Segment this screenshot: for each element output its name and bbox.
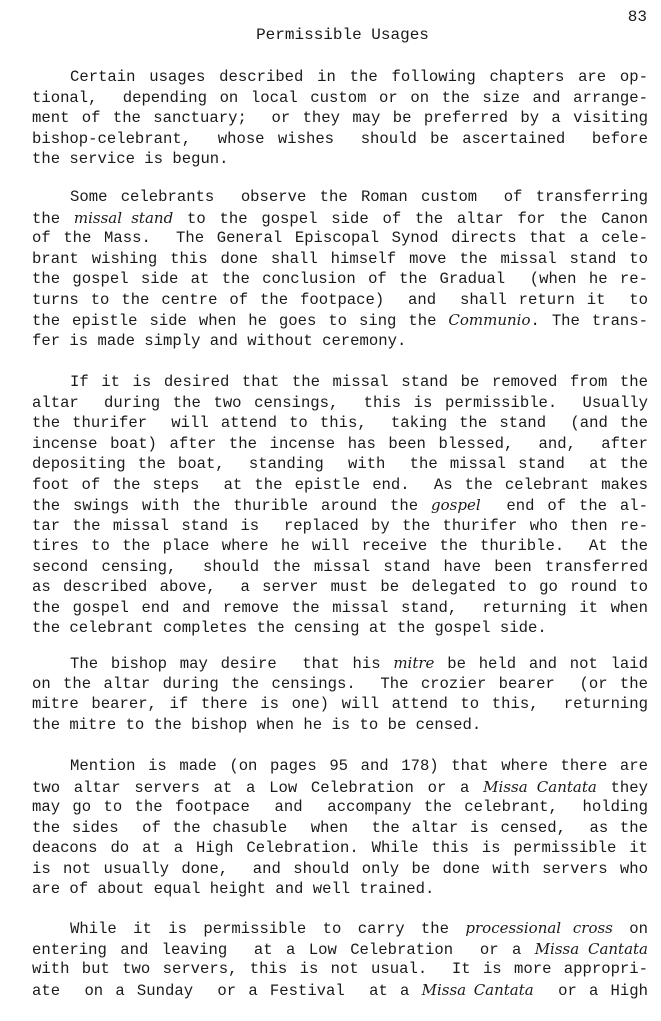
text-line: the service is begun.: [32, 149, 648, 170]
text-line: as described above, a server must be del…: [32, 577, 648, 598]
text-line: While it is permissible to carry the pro…: [32, 918, 648, 939]
text-line: second censing, should the missal stand …: [32, 557, 648, 578]
page-number: 83: [628, 8, 647, 26]
text-line: fer is made simply and without ceremony.: [32, 331, 648, 352]
text-line: tar the missal stand is replaced by the …: [32, 516, 648, 537]
text-line: the epistle side when he goes to sing th…: [32, 310, 648, 331]
paragraph-4: The bishop may desire that his mitre be …: [32, 653, 648, 735]
text-line: foot of the steps at the epistle end. As…: [32, 475, 648, 496]
text-line: the thurifer will attend to this, taking…: [32, 413, 648, 434]
text-line: altar during the two censings, this is p…: [32, 393, 648, 414]
emphasis: Communio: [448, 311, 530, 329]
emphasis: missal stand: [74, 209, 173, 227]
text-line: entering and leaving at a Low Celebratio…: [32, 939, 648, 960]
emphasis: mitre: [393, 654, 434, 672]
text-line: mitre bearer, if there is one) will atte…: [32, 694, 648, 715]
text-line: tional, depending on local custom or on …: [32, 88, 648, 109]
text-line: is not usually done, and should only be …: [32, 859, 648, 880]
emphasis: Missa Cantata: [422, 981, 534, 999]
paragraph-5: Mention is made (on pages 95 and 178) th…: [32, 756, 648, 900]
page-title: Permissible Usages: [0, 26, 661, 44]
text-line: bishop-celebrant, whose wishes should be…: [32, 129, 648, 150]
text-line: on the altar during the censings. The cr…: [32, 674, 648, 695]
text-line: turns to the centre of the footpace) and…: [32, 290, 648, 311]
text-line: may go to the footpace and accompany the…: [32, 797, 648, 818]
text-line: incense boat) after the incense has been…: [32, 434, 648, 455]
text-line: brant wishing this done shall himself mo…: [32, 249, 648, 270]
text-line: of the Mass. The General Episcopal Synod…: [32, 228, 648, 249]
text-line: ment of the sanctuary; or they may be pr…: [32, 108, 648, 129]
paragraph-3: If it is desired that the missal stand b…: [32, 372, 648, 639]
text-line: the mitre to the bishop when he is to be…: [32, 715, 648, 736]
paragraph-1: Certain usages described in the followin…: [32, 67, 648, 170]
paragraph-6: While it is permissible to carry the pro…: [32, 918, 648, 1000]
text-line: tires to the place where he will receive…: [32, 536, 648, 557]
text-line: If it is desired that the missal stand b…: [32, 372, 648, 393]
text-line: ate on a Sunday or a Festival at a Missa…: [32, 980, 648, 1001]
text-line: deacons do at a High Celebration. While …: [32, 838, 648, 859]
text-line: depositing the boat, standing with the m…: [32, 454, 648, 475]
text-line: the celebrant completes the censing at t…: [32, 618, 648, 639]
text-line: two altar servers at a Low Celebration o…: [32, 777, 648, 798]
emphasis: gospel: [431, 496, 481, 514]
text-line: The bishop may desire that his mitre be …: [32, 653, 648, 674]
text-line: the missal stand to the gospel side of t…: [32, 208, 648, 229]
text-line: Some celebrants observe the Roman custom…: [32, 187, 648, 208]
text-line: the swings with the thurible around the …: [32, 495, 648, 516]
text-line: Mention is made (on pages 95 and 178) th…: [32, 756, 648, 777]
text-line: are of about equal height and well train…: [32, 879, 648, 900]
emphasis: Missa Cantata: [535, 940, 648, 958]
text-line: the sides of the chasuble when the altar…: [32, 818, 648, 839]
paragraph-2: Some celebrants observe the Roman custom…: [32, 187, 648, 351]
emphasis: Missa Cantata: [483, 778, 597, 796]
text-line: the gospel end and remove the missal sta…: [32, 598, 648, 619]
text-line: the gospel side at the conclusion of the…: [32, 269, 648, 290]
text-line: with but two servers, this is not usual.…: [32, 959, 648, 980]
text-line: Certain usages described in the followin…: [32, 67, 648, 88]
emphasis: processional cross: [465, 919, 613, 937]
